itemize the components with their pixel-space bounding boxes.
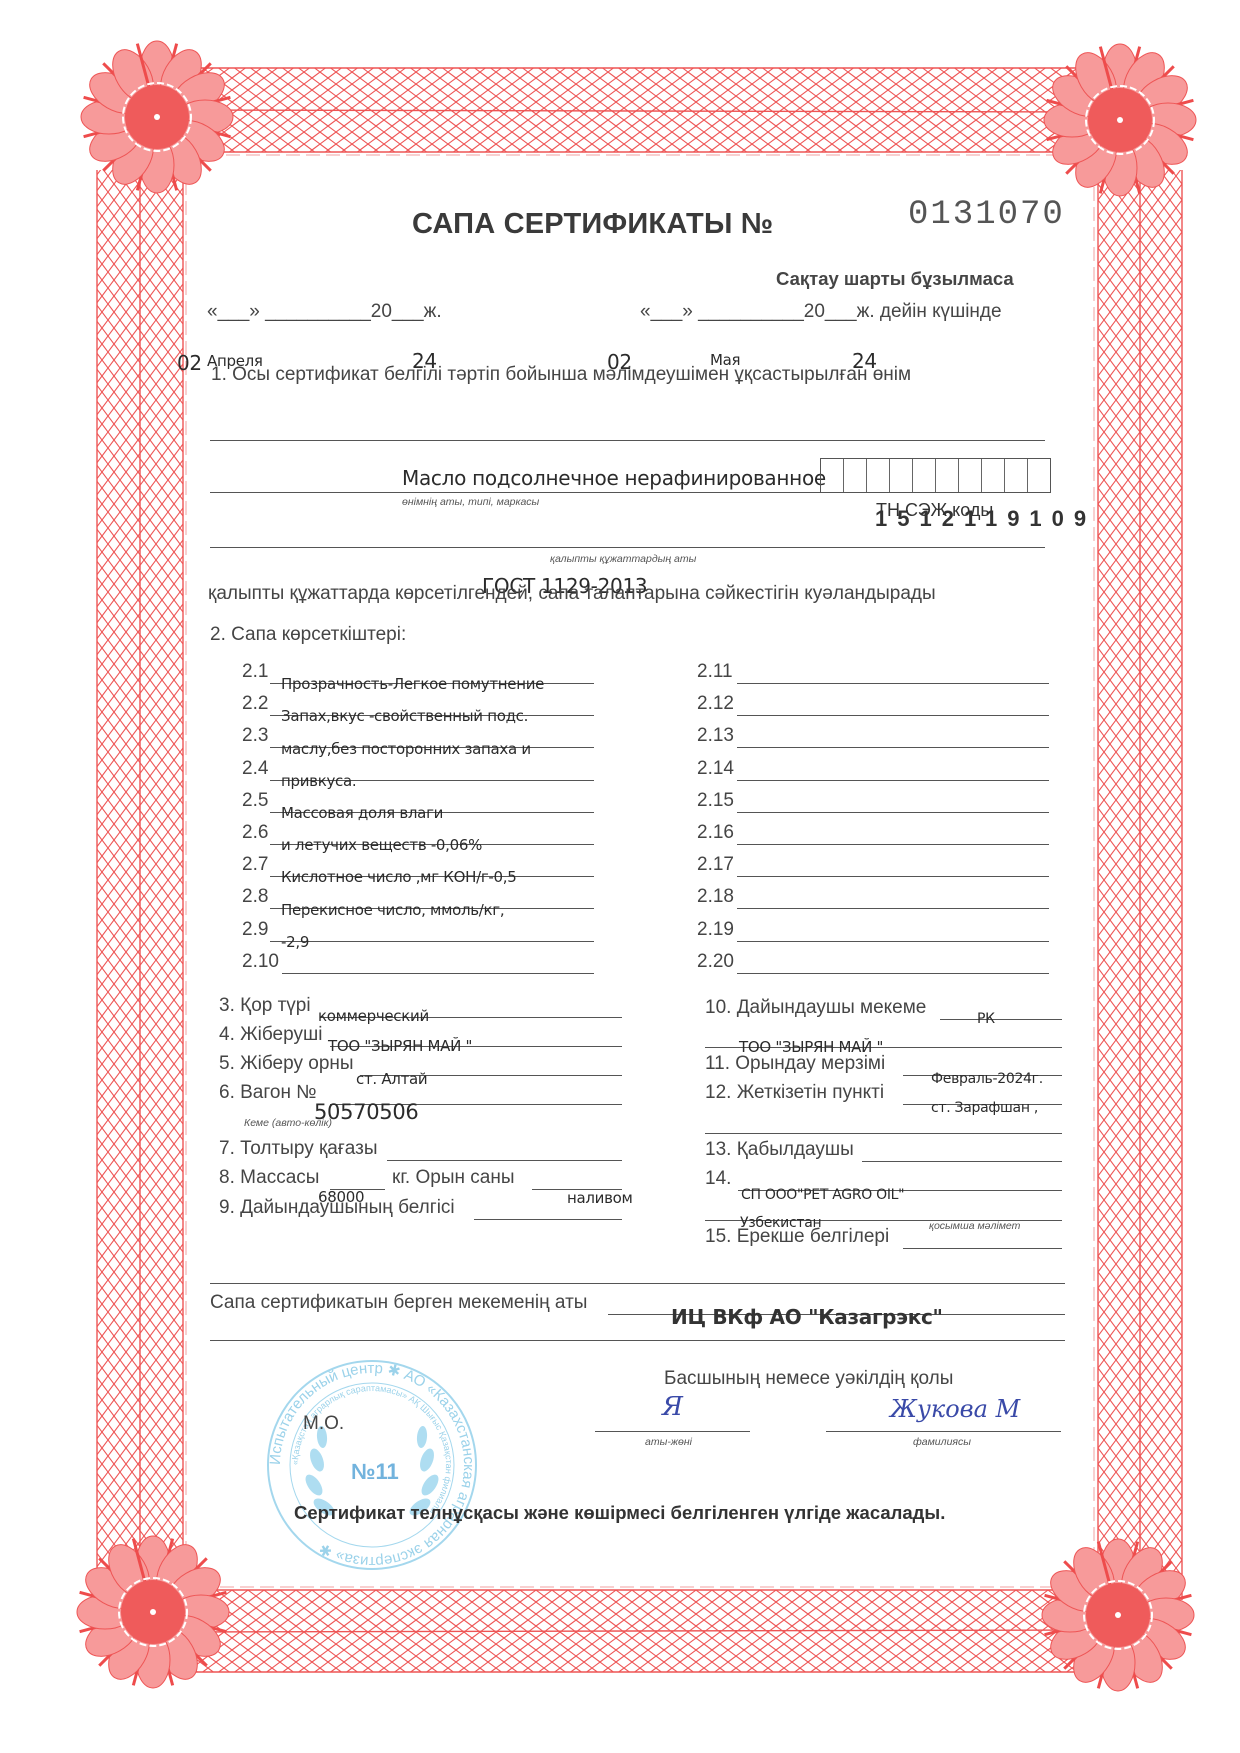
field13-line (862, 1161, 1062, 1162)
field6-label: 6. Вагон № (219, 1082, 317, 1104)
certificate-number: 0131070 (908, 196, 1065, 234)
quality-item-number: 2.1 (242, 661, 268, 683)
field14-hint: қосымша мәлімет (929, 1220, 1020, 1232)
quality-item-number: 2.18 (697, 886, 734, 908)
tn-code-boxes (820, 458, 1051, 493)
signature-surname-line (826, 1431, 1061, 1432)
section1-label: 1. Осы сертификат белгілі тәртіп бойынша… (211, 364, 911, 386)
field12-line2 (705, 1133, 1062, 1134)
field15-line (903, 1248, 1062, 1249)
quality-item-value: Запах,вкус -свойственный подс. (281, 707, 528, 725)
field7-label: 7. Толтыру қағазы (219, 1138, 378, 1160)
quality-item-number: 2.14 (697, 758, 734, 780)
signature-2: Жукова М (890, 1395, 1020, 1423)
seal-stamp: Испытательный центр ✱ АО «Казахстанская … (262, 1355, 482, 1575)
field7-line (387, 1160, 622, 1161)
field12-value: ст. Зарафшан , (931, 1100, 1038, 1116)
quality-item-number: 2.17 (697, 854, 734, 876)
field13-label: 13. Қабылдаушы (705, 1139, 854, 1161)
quality-item-line (737, 844, 1049, 845)
issue-day: 02 (177, 351, 202, 375)
quality-item-number: 2.9 (242, 919, 268, 941)
quality-item-line (282, 973, 594, 974)
certificate-title: САПА СЕРТИФИКАТЫ № (412, 208, 773, 241)
rosette-ornament (1042, 1539, 1194, 1691)
field14-value1: СП ООО"PET AGRO OIL" (741, 1187, 904, 1203)
quality-item-value: и летучих веществ -0,06% (281, 836, 482, 854)
field3-label: 3. Қор түрі (219, 995, 311, 1017)
quality-item-number: 2.15 (697, 790, 734, 812)
quality-item-number: 2.13 (697, 725, 734, 747)
quality-item-line (737, 908, 1049, 909)
quality-item-number: 2.2 (242, 693, 268, 715)
quality-item-number: 2.12 (697, 693, 734, 715)
field12-label: 12. Жеткізетін пункті (705, 1082, 884, 1104)
quality-item-number: 2.11 (697, 661, 733, 683)
quality-item-number: 2.3 (242, 725, 268, 747)
quality-item-line (737, 941, 1049, 942)
quality-item-value: Кислотное число ,мг КОН/г-0,5 (281, 868, 517, 886)
tn-code-digits: 1512119109 (875, 506, 1096, 532)
issuer-top-line (210, 1283, 1065, 1284)
field11-label: 11. Орындау мерзімі (705, 1053, 885, 1075)
quality-item-value: Прозрачность-Легкое помутнение (281, 675, 544, 693)
quality-item-value: Массовая доля влаги (281, 804, 443, 822)
field5-label: 5. Жіберу орны (219, 1053, 354, 1075)
conformity-text: қалыпты құжаттарда көрсетілгендей, сапа … (208, 583, 936, 605)
quality-item-number: 2.6 (242, 822, 268, 844)
field3-value: коммерческий (318, 1007, 429, 1025)
blank-line (210, 440, 1045, 441)
field8-unit: кг. Орын саны (392, 1167, 514, 1189)
quality-item-line (737, 876, 1049, 877)
quality-item-number: 2.16 (697, 822, 734, 844)
field15-label: 15. Ерекше белгілері (705, 1226, 889, 1248)
normative-hint: қалыпты құжаттардың аты (550, 553, 696, 565)
rosette-ornament (81, 41, 233, 193)
quality-item-line (737, 747, 1049, 748)
quality-item-number: 2.20 (697, 951, 734, 973)
rosette-ornament (77, 1536, 229, 1688)
signature-label: Басшының немесе уәкілдің қолы (664, 1368, 953, 1390)
valid-date-template: «___» __________20___ж. дейін күшінде (640, 301, 1002, 323)
field10-line (940, 1019, 1062, 1020)
quality-item-line (737, 683, 1049, 684)
signature-name-hint: аты-жөні (645, 1436, 692, 1448)
field8-label: 8. Массасы (219, 1167, 319, 1189)
quality-item-line (737, 715, 1049, 716)
signature-1: Я (662, 1392, 683, 1422)
footer-note: Сертификат телнұсқасы және көшірмесі бел… (294, 1502, 945, 1524)
quality-item-value: маслу,без посторонних запаха и (281, 740, 531, 758)
quality-item-number: 2.10 (242, 951, 279, 973)
quality-item-number: 2.7 (242, 854, 268, 876)
signature-surname-hint: фамилиясы (913, 1436, 971, 1448)
field11-value: Февраль-2024г. (931, 1071, 1043, 1087)
issuer-label: Сапа сертификатын берген мекеменің аты (210, 1292, 587, 1314)
quality-item-line (270, 941, 594, 942)
stamp-number: №11 (351, 1459, 399, 1484)
quality-item-number: 2.4 (242, 758, 268, 780)
field9-label: 9. Дайындаушының белгісі (219, 1197, 455, 1219)
field14-label: 14. (705, 1168, 731, 1190)
issuer-value: ИЦ ВКф АО "Казагрэкс" (671, 1305, 943, 1329)
issue-date-template: «___» __________20___ж. (207, 301, 442, 323)
signature-name-line (595, 1431, 750, 1432)
quality-item-line (737, 973, 1049, 974)
quality-item-number: 2.19 (697, 919, 734, 941)
field4-label: 4. Жіберуші (219, 1024, 322, 1046)
certificate-border (0, 0, 1240, 1753)
issuer-bottom-line (210, 1340, 1065, 1341)
field6-hint: Кеме (авто-көлік) (244, 1117, 332, 1129)
quality-item-value: привкуса. (281, 772, 356, 790)
field10-label: 10. Дайындаушы мекеме (705, 997, 926, 1019)
field5-value: ст. Алтай (356, 1070, 427, 1088)
field9-line (474, 1219, 622, 1220)
quality-item-value: Перекисное число, ммоль/кг, (281, 901, 504, 919)
rosette-ornament (1044, 44, 1196, 196)
quality-item-line (737, 812, 1049, 813)
section2-label: 2. Сапа көрсеткіштері: (210, 624, 406, 646)
normative-line (210, 547, 1045, 548)
product-name: Масло подсолнечное нерафинированное (402, 466, 826, 490)
quality-item-number: 2.8 (242, 886, 268, 908)
seal-label: М.О. (303, 1413, 344, 1435)
product-line (210, 492, 820, 493)
quality-item-value: -2,9 (281, 933, 309, 951)
field10-value1: РК (977, 1011, 995, 1027)
quality-item-line (737, 780, 1049, 781)
storage-note: Сақтау шарты бұзылмаса (776, 268, 1014, 290)
product-hint: өнімнің аты, типі, маркасы (402, 496, 539, 508)
quality-item-number: 2.5 (242, 790, 268, 812)
field8-places: наливом (567, 1189, 633, 1207)
